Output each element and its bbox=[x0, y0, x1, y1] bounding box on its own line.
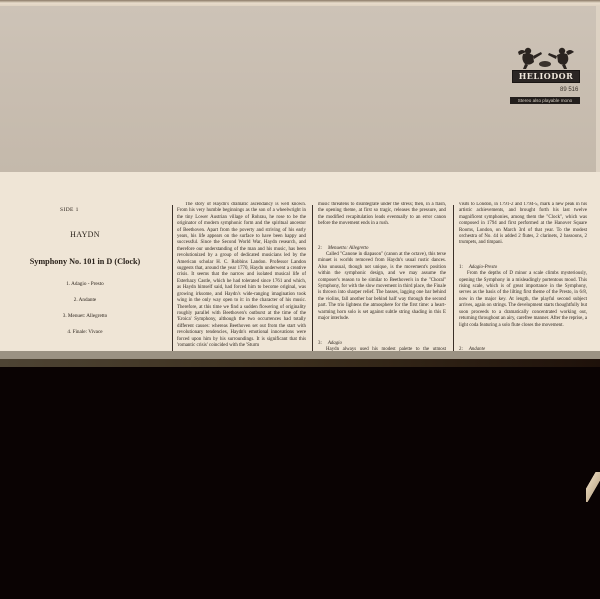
top-banner bbox=[0, 6, 596, 172]
notes-column-2: music threatens to disintegrate under th… bbox=[318, 202, 446, 352]
movement-item: 3. Menuet: Allegretto bbox=[0, 308, 170, 324]
notes-paragraph: The story of Haydn's dramatic ascendancy… bbox=[177, 202, 306, 349]
catalog-number: 89 516 bbox=[560, 87, 578, 93]
banner-edge bbox=[596, 6, 600, 172]
column-divider bbox=[312, 205, 313, 352]
notes-panel: SIDE 1 HAYDN Symphony No. 101 in D (Cloc… bbox=[0, 172, 600, 352]
cherubs-icon bbox=[514, 46, 578, 70]
movement-item: 2. Andante bbox=[0, 292, 170, 308]
column-divider bbox=[453, 205, 454, 352]
movement-list: 1. Adagio - Presto 2. Andante 3. Menuet:… bbox=[0, 276, 170, 340]
heliodor-logo: HELIODOR bbox=[512, 46, 580, 86]
work-title: Symphony No. 101 in D (Clock) bbox=[0, 257, 170, 266]
sleeve-bottom-edge bbox=[0, 351, 600, 359]
side-label: SIDE 1 bbox=[60, 207, 79, 213]
record-sleeve-back: HELIODOR 89 516 Stereo also playable mon… bbox=[0, 0, 600, 352]
notes-column-1: The story of Haydn's dramatic ascendancy… bbox=[177, 202, 306, 352]
movement-item: 4. Finale: Vivace bbox=[0, 324, 170, 340]
notes-paragraph: visits to London, in 1791-2 and 1794-5, … bbox=[459, 202, 587, 247]
notes-paragraph: From the depths of D minor a scale climb… bbox=[459, 271, 587, 329]
shadow-band bbox=[0, 359, 600, 367]
composer-name: HAYDN bbox=[0, 230, 170, 239]
notes-paragraph: Called "Canone in diapason" (canon at th… bbox=[318, 252, 446, 322]
sleeve-tear bbox=[586, 472, 600, 502]
track-listing: SIDE 1 HAYDN Symphony No. 101 in D (Cloc… bbox=[0, 172, 168, 352]
column-divider bbox=[172, 205, 173, 352]
label-wordmark: HELIODOR bbox=[512, 70, 580, 83]
notes-column-3: visits to London, in 1791-2 and 1794-5, … bbox=[459, 202, 587, 352]
movement-item: 1. Adagio - Presto bbox=[0, 276, 170, 292]
notes-paragraph: music threatens to disintegrate under th… bbox=[318, 202, 446, 228]
format-note: Stereo also playable mono bbox=[510, 97, 580, 104]
